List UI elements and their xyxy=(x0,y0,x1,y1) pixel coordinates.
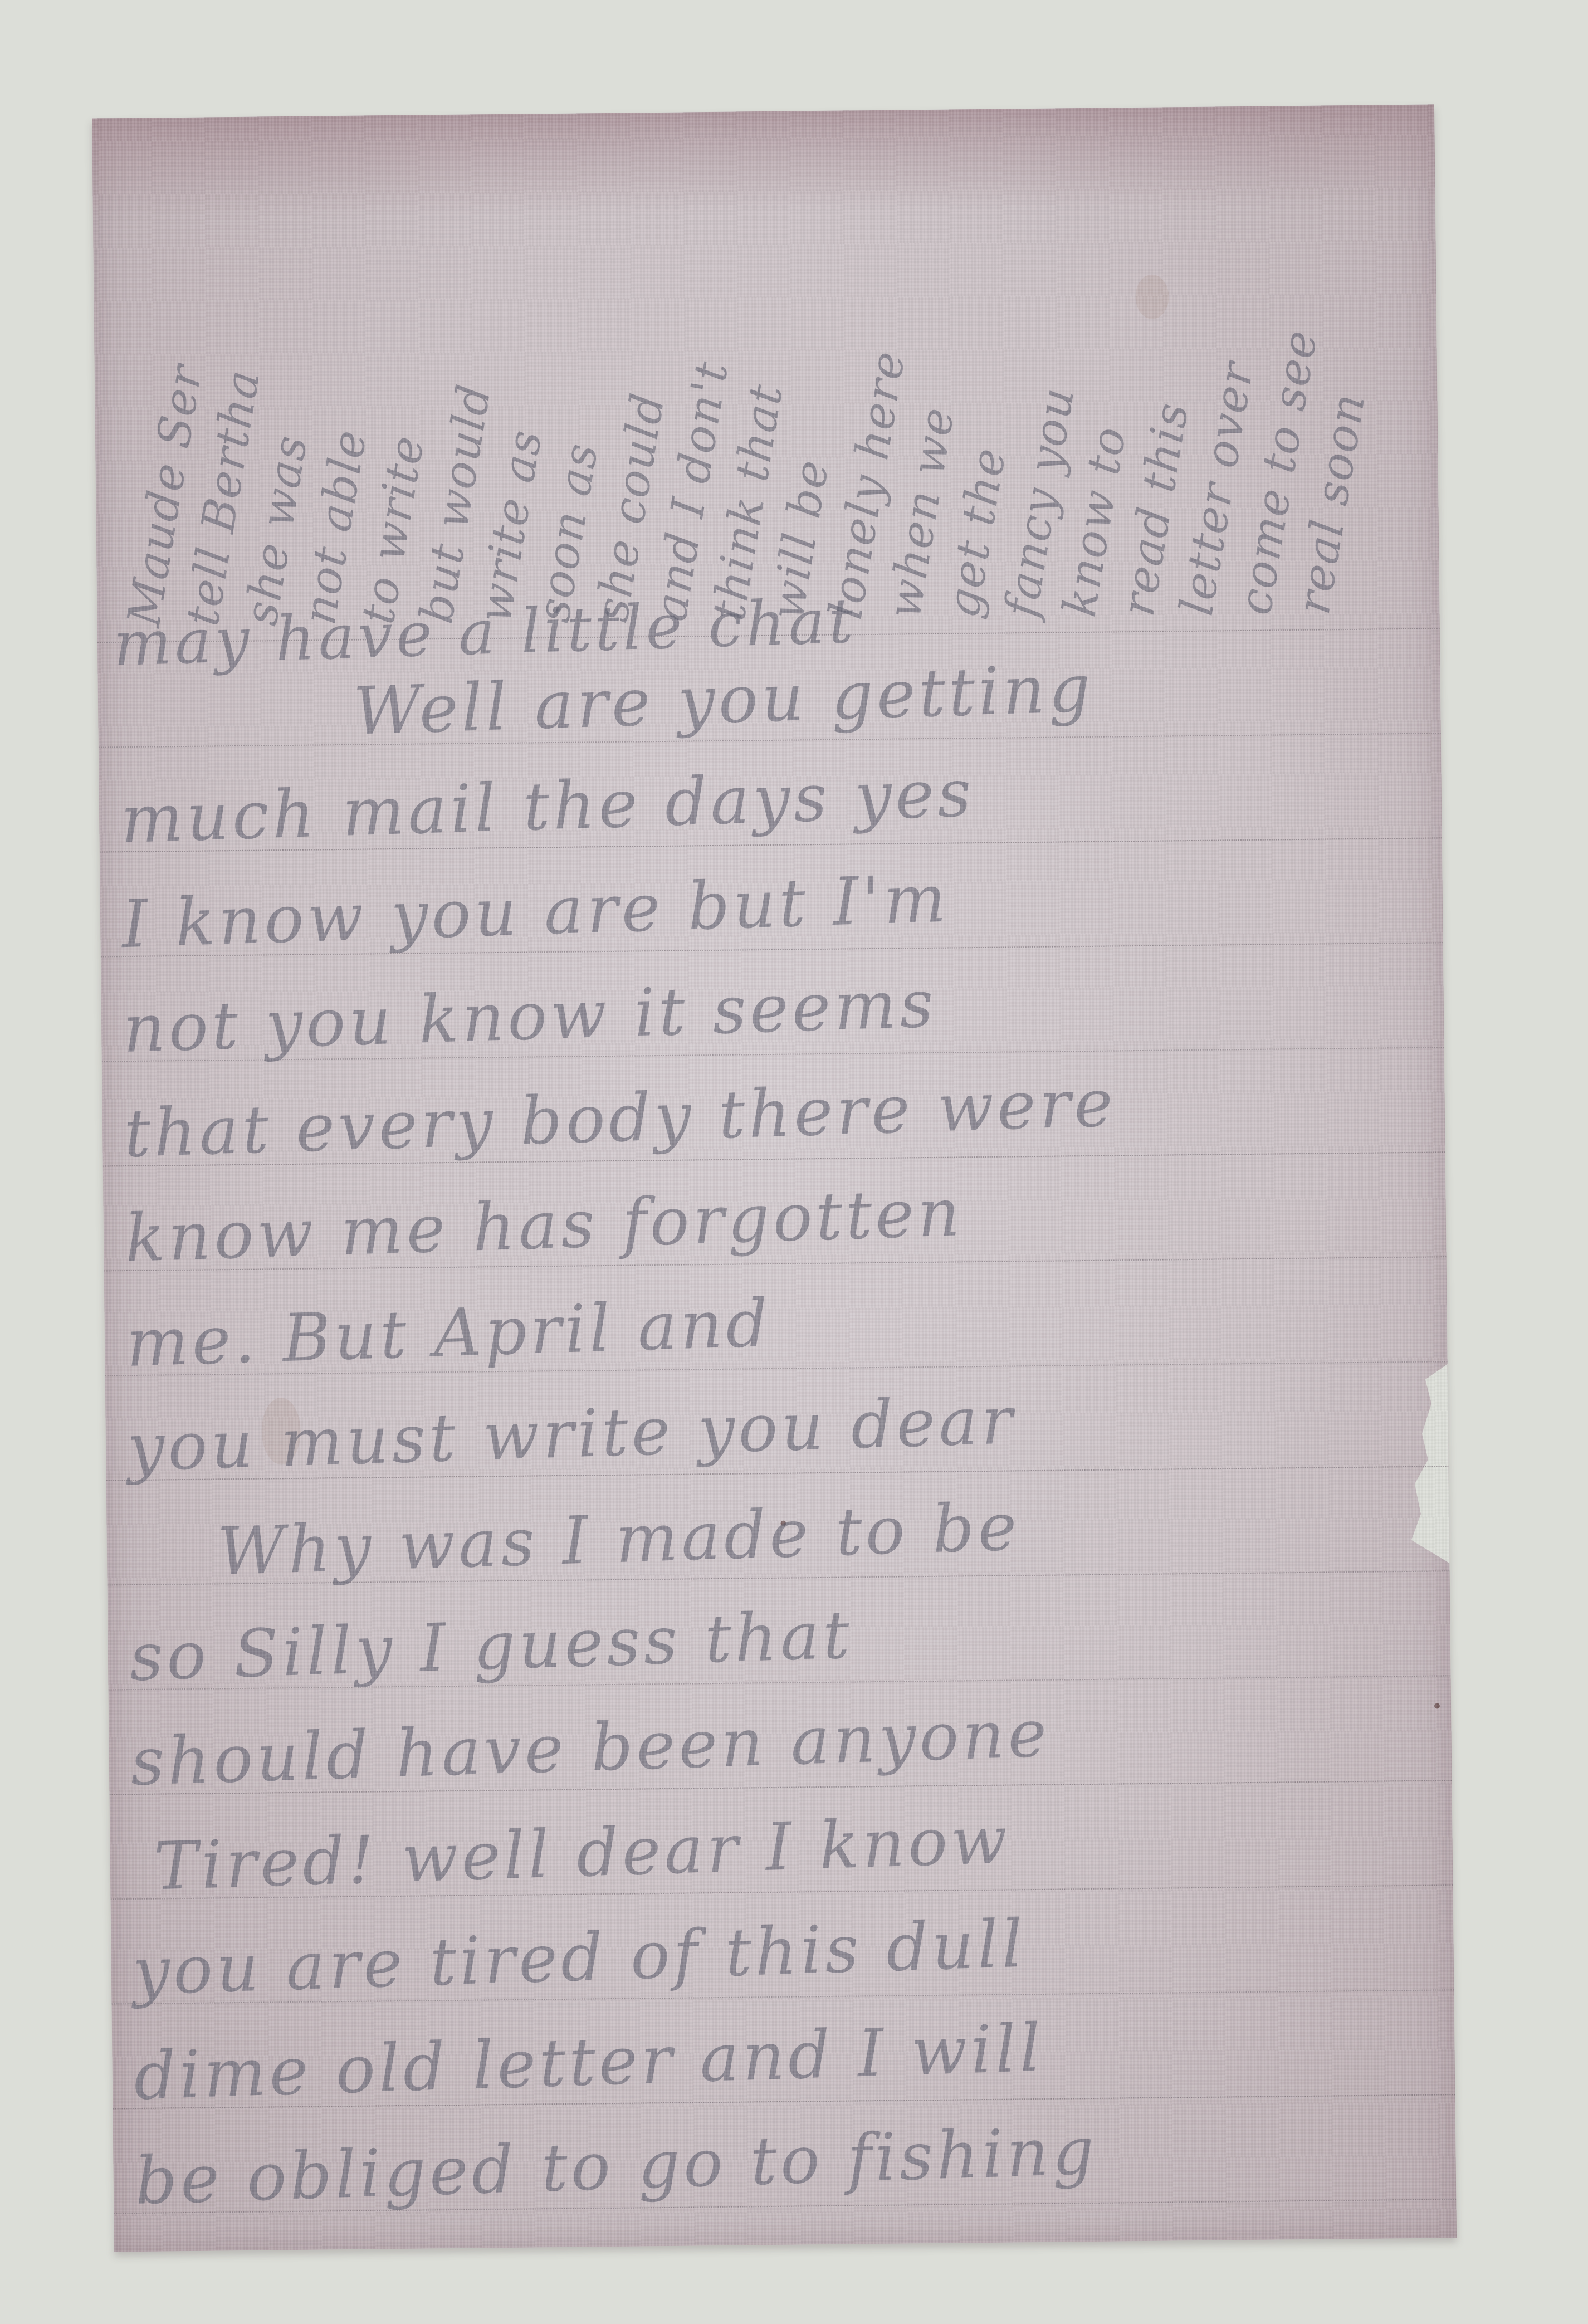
letter-page: Maude Ser tell Bertha she was not able t… xyxy=(92,104,1457,2252)
letter-line: know me has forgotten xyxy=(124,1174,965,1277)
letter-line: that every body there were xyxy=(123,1064,1117,1172)
letter-line: should have been anyone xyxy=(129,1695,1051,1800)
letter-line: dime old letter and I will xyxy=(133,2009,1045,2115)
letter-line: you must write you dear xyxy=(126,1381,1017,1486)
letter-line: be obliged to go to fishing xyxy=(134,2112,1098,2219)
letter-line: so Silly I guess that xyxy=(128,1596,853,1696)
letter-line: I know you are but I'm xyxy=(121,860,950,963)
letter-line: not you know it seems xyxy=(122,965,938,1067)
letter-line: Tired! well dear I know xyxy=(153,1801,1012,1905)
letter-line: much mail the days yes xyxy=(120,754,976,858)
torn-edge xyxy=(1410,1363,1451,1564)
margin-note: Maude Ser tell Bertha she was not able t… xyxy=(142,127,1417,631)
ink-dot xyxy=(1434,1703,1440,1708)
letter-line: you are tired of this dull xyxy=(131,1905,1027,2010)
letter-line: Why was I made to be xyxy=(216,1488,1021,1590)
letter-line: me. But April and xyxy=(125,1285,772,1381)
